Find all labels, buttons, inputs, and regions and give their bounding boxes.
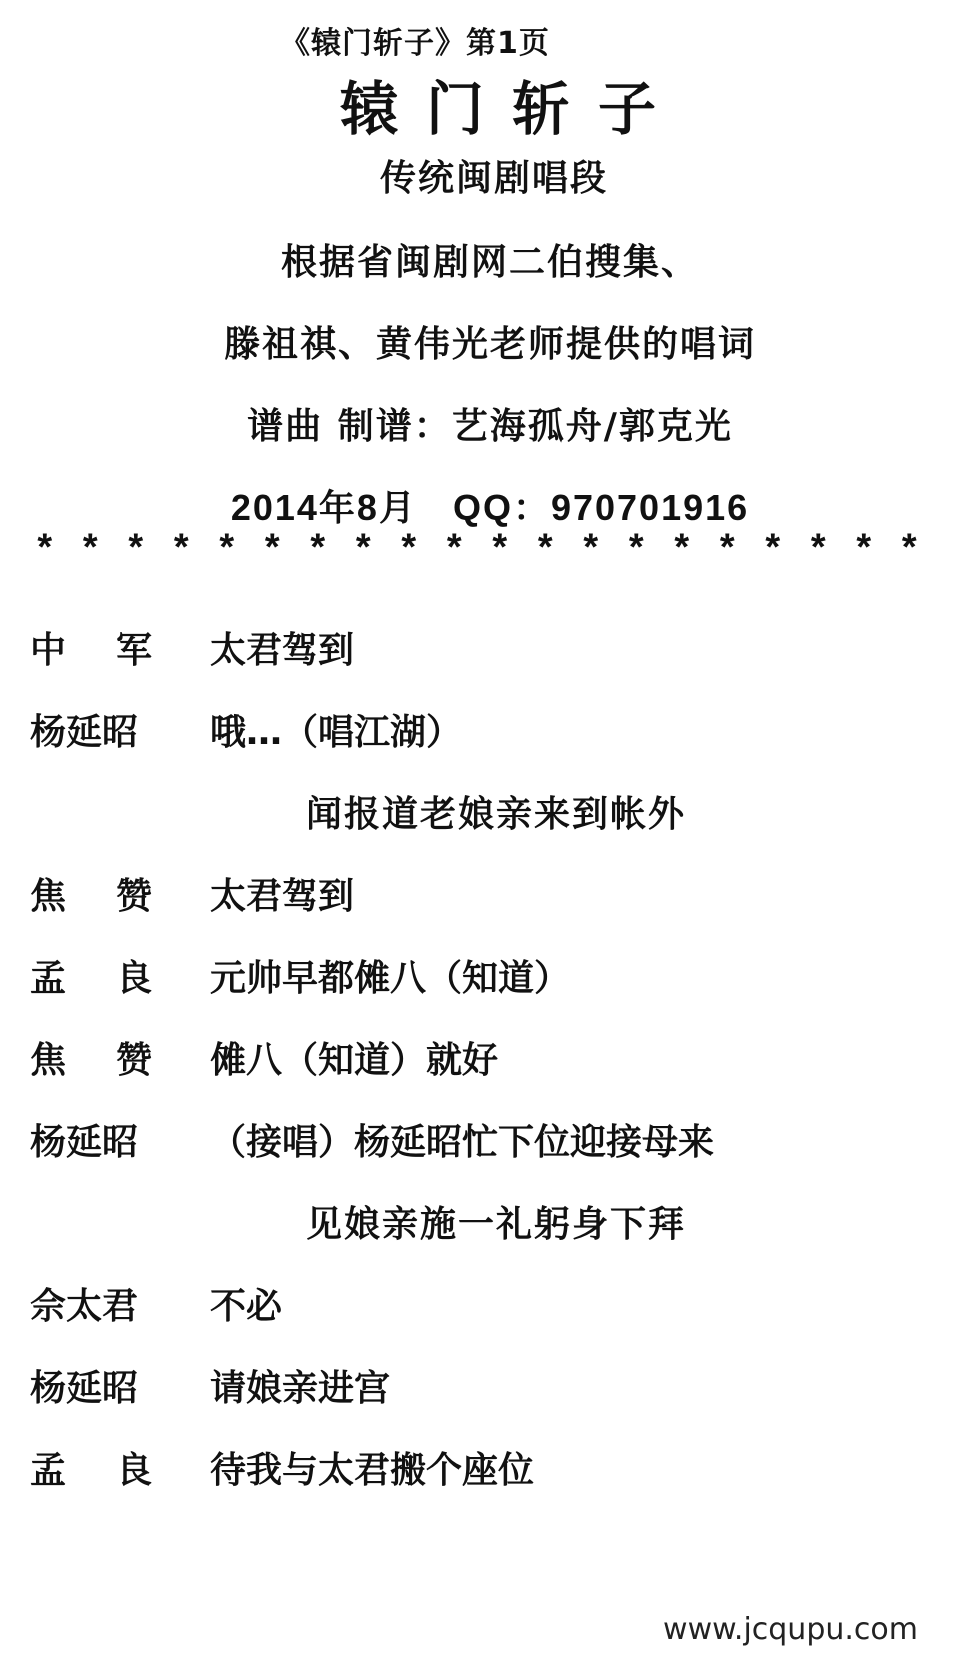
star-glyph: * [341, 530, 387, 573]
script-line: 杨延昭 （接唱）杨延昭忙下位迎接母来 [30, 1114, 714, 1165]
star-glyph: * [523, 530, 569, 573]
speaker-name: 中军 [30, 622, 210, 673]
star-glyph: * [204, 530, 250, 573]
script-line: 孟良 元帅早都傩八（知道） [30, 950, 570, 1001]
line-text: 不必 [210, 1278, 282, 1329]
star-glyph: * [477, 530, 523, 573]
speaker-name: 孟良 [30, 1442, 210, 1493]
star-glyph: * [386, 530, 432, 573]
star-glyph: * [432, 530, 478, 573]
script-line: 焦赞 傩八（知道）就好 [30, 1032, 498, 1083]
script-line: 佘太君 不必 [30, 1278, 282, 1329]
source-line-1: 根据省闽剧网二伯搜集、 [0, 234, 980, 285]
line-text: 待我与太君搬个座位 [210, 1442, 534, 1493]
star-glyph: * [614, 530, 660, 573]
star-glyph: * [568, 530, 614, 573]
speaker-name: 杨延昭 [30, 704, 210, 755]
star-glyph: * [841, 530, 887, 573]
line-text: 太君驾到 [210, 622, 354, 673]
star-glyph: * [295, 530, 341, 573]
speaker-name: 杨延昭 [30, 1360, 210, 1411]
line-text: 元帅早都傩八（知道） [210, 950, 570, 1001]
star-glyph: * [705, 530, 751, 573]
script-line: 焦赞 太君驾到 [30, 868, 354, 919]
speaker-name: 杨延昭 [30, 1114, 210, 1165]
line-text: 哦…（唱江湖） [210, 704, 462, 755]
speaker-name: 焦赞 [30, 868, 210, 919]
credits: 谱曲 制谱：艺海孤舟/郭克光 [0, 398, 980, 449]
page-title: 辕门斩子 [340, 62, 684, 146]
star-glyph: * [750, 530, 796, 573]
watermark: www.jcqupu.com [663, 1612, 918, 1647]
script-line: 杨延昭 请娘亲进宫 [30, 1360, 390, 1411]
source-line-2: 滕祖祺、黄伟光老师提供的唱词 [0, 316, 980, 367]
script-line: 中军 太君驾到 [30, 622, 354, 673]
date-line: 2014年8月 QQ：970701916 [0, 480, 980, 531]
star-glyph: * [68, 530, 114, 573]
speaker-name: 焦赞 [30, 1032, 210, 1083]
line-text: 请娘亲进宫 [210, 1360, 390, 1411]
script-line: 杨延昭 哦…（唱江湖） [30, 704, 462, 755]
page-header: 《辕门斩子》第1页 [280, 18, 550, 62]
script-line: 孟良 待我与太君搬个座位 [30, 1442, 534, 1493]
star-glyph: * [887, 530, 933, 573]
star-glyph: * [113, 530, 159, 573]
star-glyph: * [22, 530, 68, 573]
separator-stars: ******************** [22, 530, 932, 573]
line-text: 太君驾到 [210, 868, 354, 919]
script-line-continuation: 见娘亲施一礼躬身下拜 [306, 1196, 686, 1247]
speaker-name: 佘太君 [30, 1278, 210, 1329]
subtitle: 传统闽剧唱段 [0, 150, 980, 201]
star-glyph: * [796, 530, 842, 573]
star-glyph: * [159, 530, 205, 573]
speaker-name: 孟良 [30, 950, 210, 1001]
line-text: 傩八（知道）就好 [210, 1032, 498, 1083]
script-line-continuation: 闻报道老娘亲来到帐外 [306, 786, 686, 837]
star-glyph: * [659, 530, 705, 573]
line-text: （接唱）杨延昭忙下位迎接母来 [210, 1114, 714, 1165]
star-glyph: * [250, 530, 296, 573]
